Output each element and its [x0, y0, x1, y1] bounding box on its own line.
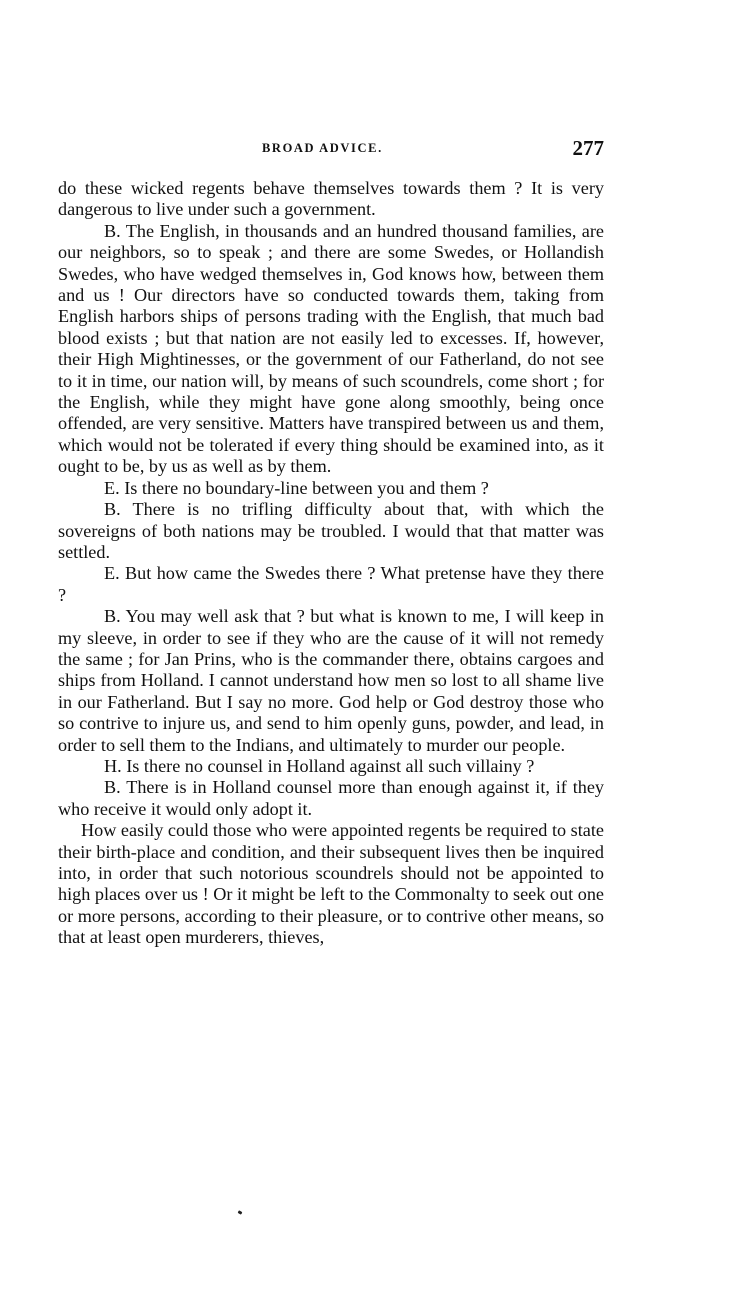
paragraph-dialogue-h: H. Is there no counsel in Holland agains… [58, 756, 604, 777]
paragraph-dialogue-b: B. You may well ask that ? but what is k… [58, 606, 604, 756]
paragraph-text: Is there no counsel in Holland against a… [126, 756, 534, 776]
paragraph-text: Is there no boundary-line between you an… [124, 478, 489, 498]
paragraph-dialogue-b: B. There is no trifling difficulty about… [58, 499, 604, 563]
speaker-label: E. [81, 563, 120, 584]
paragraph-text: How easily could those who were appointe… [58, 820, 604, 947]
paragraph-continuation: do these wicked regents behave themselve… [58, 178, 604, 221]
paragraph-text: The English, in thousands and an hundred… [58, 221, 604, 476]
paragraph-dialogue-b: B. The English, in thousands and an hund… [58, 221, 604, 478]
paragraph-text: You may well ask that ? but what is know… [58, 606, 604, 754]
paragraph-dialogue-e: E. Is there no boundary-line between you… [58, 478, 604, 499]
paragraph-dialogue-b: B. There is in Holland counsel more than… [58, 777, 604, 820]
running-title: BROAD ADVICE. [262, 141, 383, 156]
page-number: 277 [573, 136, 605, 161]
paragraph-text: There is no trifling difficulty about th… [58, 499, 604, 562]
speaker-label: E. [81, 478, 120, 499]
paragraph-dialogue-e: E. But how came the Swedes there ? What … [58, 563, 604, 606]
speaker-label: B. [81, 606, 121, 627]
print-speck [238, 1210, 243, 1215]
paragraph-text: There is in Holland counsel more than en… [58, 777, 604, 818]
speaker-label: B. [81, 221, 121, 242]
paragraph-narrative: How easily could those who were appointe… [58, 820, 604, 948]
speaker-label: B. [81, 499, 121, 520]
speaker-label: H. [81, 756, 122, 777]
speaker-label: B. [81, 777, 121, 798]
running-head: BROAD ADVICE. 277 [58, 138, 604, 164]
body-text: do these wicked regents behave themselve… [58, 178, 604, 949]
paragraph-text: do these wicked regents behave themselve… [58, 178, 604, 219]
book-page: BROAD ADVICE. 277 do these wicked regent… [58, 138, 604, 949]
paragraph-text: But how came the Swedes there ? What pre… [58, 563, 604, 604]
